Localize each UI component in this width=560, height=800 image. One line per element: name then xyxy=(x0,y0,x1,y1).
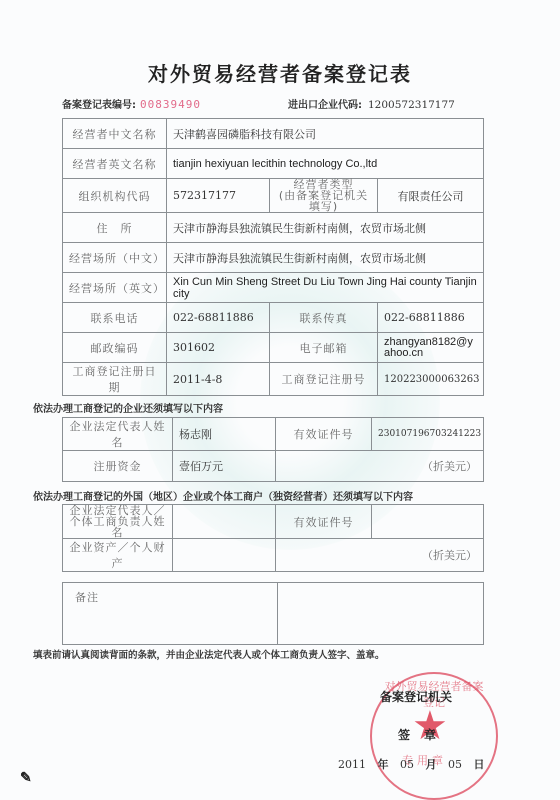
date-day: 05 xyxy=(448,758,462,771)
handwritten-mark-icon: ✎ xyxy=(20,770,32,786)
org-code-label: 组织机构代码 xyxy=(63,179,167,213)
table-row: 邮政编码 301602 电子邮箱 zhangyan8182@yahoo.cn xyxy=(63,333,484,363)
table-row: 企业资产／个人财产 （折美元） xyxy=(63,539,484,572)
foreign-id-value xyxy=(372,505,484,539)
document-title: 对外贸易经营者备案登记表 xyxy=(0,58,560,87)
enterprise-table: 企业法定代表人姓名 杨志刚 有效证件号 230107196703241223 注… xyxy=(62,417,484,482)
foreign-rep-value xyxy=(173,505,276,539)
table-row: 注册资金 壹佰万元 （折美元） xyxy=(63,451,484,482)
remarks-label: 备注 xyxy=(63,583,278,645)
org-code-value: 572317177 xyxy=(167,179,270,213)
table-row: 经营者中文名称 天津鹤喜园磷脂科技有限公司 xyxy=(63,119,484,149)
serial-value: 00839490 xyxy=(140,98,201,111)
foreign-section-heading: 依法办理工商登记的外国（地区）企业或个体工商户（独资经营者）还须填写以下内容 xyxy=(33,488,413,503)
serial-number: 备案登记表编号:00839490 xyxy=(62,96,201,111)
email-label: 电子邮箱 xyxy=(270,333,378,363)
assets-usd: （折美元） xyxy=(276,539,484,572)
capital-label: 注册资金 xyxy=(63,451,173,482)
premises-cn-value: 天津市静海县独流镇民生街新村南侧，农贸市场北侧 xyxy=(167,243,484,273)
table-row: 经营者英文名称 tianjin hexiyuan lecithin techno… xyxy=(63,149,484,179)
phone-label: 联系电话 xyxy=(63,303,167,333)
fax-label: 联系传真 xyxy=(270,303,378,333)
reg-no-value: 120223000063263 xyxy=(378,363,484,396)
en-name-value: tianjin hexiyuan lecithin technology Co.… xyxy=(167,149,484,179)
id-number-label: 有效证件号 xyxy=(276,418,372,451)
cn-name-value: 天津鹤喜园磷脂科技有限公司 xyxy=(167,119,484,149)
table-row: 住 所 天津市静海县独流镇民生街新村南侧，农贸市场北侧 xyxy=(63,213,484,243)
date-month-unit: 月 xyxy=(426,758,437,771)
reg-date-label: 工商登记注册日期 xyxy=(63,363,167,396)
import-export-code-label: 进出口企业代码: xyxy=(288,100,362,111)
remarks-table: 备注 xyxy=(62,582,484,645)
table-row: 经营场所（中文） 天津市静海县独流镇民生街新村南侧，农贸市场北侧 xyxy=(63,243,484,273)
phone-value: 022-68811886 xyxy=(167,303,270,333)
cn-name-label: 经营者中文名称 xyxy=(63,119,167,149)
date-year-unit: 年 xyxy=(378,758,389,771)
postcode-value: 301602 xyxy=(167,333,270,363)
table-row: 组织机构代码 572317177 经营者类型 (由备案登记机关填写) 有限责任公… xyxy=(63,179,484,213)
operator-type-sublabel: (由备案登记机关填写) xyxy=(276,190,371,212)
signature-stamp-label: 签章 xyxy=(398,726,450,743)
table-row: 工商登记注册日期 2011-4-8 工商登记注册号 12022300006326… xyxy=(63,363,484,396)
assets-value xyxy=(173,539,276,572)
table-row: 经营场所（英文） Xin Cun Min Sheng Street Du Liu… xyxy=(63,273,484,303)
reg-no-label: 工商登记注册号 xyxy=(270,363,378,396)
foreign-id-label: 有效证件号 xyxy=(276,505,372,539)
en-name-label: 经营者英文名称 xyxy=(63,149,167,179)
date-year: 2011 xyxy=(338,758,366,771)
issue-date: 2011 年 05 月 05 日 xyxy=(338,756,493,772)
residence-value: 天津市静海县独流镇民生街新村南侧，农贸市场北侧 xyxy=(167,213,484,243)
table-row: 联系电话 022-68811886 联系传真 022-68811886 xyxy=(63,303,484,333)
registration-authority: 备案登记机关 xyxy=(380,688,452,705)
premises-en-label: 经营场所（英文） xyxy=(63,273,167,303)
fax-value: 022-68811886 xyxy=(378,303,484,333)
premises-cn-label: 经营场所（中文） xyxy=(63,243,167,273)
email-value: zhangyan8182@yahoo.cn xyxy=(378,333,484,363)
remarks-value xyxy=(278,583,484,645)
reg-date-value: 2011-4-8 xyxy=(167,363,270,396)
date-month: 05 xyxy=(400,758,414,771)
foreign-rep-label: 企业法定代表人／ 个体工商负责人姓名 xyxy=(63,505,173,539)
operator-type-value: 有限责任公司 xyxy=(378,179,484,213)
foreign-table: 企业法定代表人／ 个体工商负责人姓名 有效证件号 企业资产／个人财产 （折美元） xyxy=(62,504,484,572)
import-export-code: 进出口企业代码:1200572317177 xyxy=(288,96,455,111)
capital-value: 壹佰万元 xyxy=(173,451,276,482)
table-row: 企业法定代表人／ 个体工商负责人姓名 有效证件号 xyxy=(63,505,484,539)
main-info-table: 经营者中文名称 天津鹤喜园磷脂科技有限公司 经营者英文名称 tianjin he… xyxy=(62,118,484,396)
serial-label: 备案登记表编号: xyxy=(62,100,136,111)
date-day-unit: 日 xyxy=(474,758,485,771)
postcode-label: 邮政编码 xyxy=(63,333,167,363)
residence-label: 住 所 xyxy=(63,213,167,243)
legal-rep-value: 杨志刚 xyxy=(173,418,276,451)
legal-rep-label: 企业法定代表人姓名 xyxy=(63,418,173,451)
id-number-value: 230107196703241223 xyxy=(372,418,484,451)
table-row: 备注 xyxy=(63,583,484,645)
footer-note: 填表前请认真阅读背面的条款，并由企业法定代表人或个体工商负责人签字、盖章。 xyxy=(33,647,385,661)
import-export-code-value: 1200572317177 xyxy=(368,99,455,111)
table-row: 企业法定代表人姓名 杨志刚 有效证件号 230107196703241223 xyxy=(63,418,484,451)
enterprise-section-heading: 依法办理工商登记的企业还须填写以下内容 xyxy=(33,400,223,415)
foreign-rep-label-line2: 个体工商负责人姓名 xyxy=(69,516,166,538)
operator-type-label: 经营者类型 (由备案登记机关填写) xyxy=(270,179,378,213)
capital-usd: （折美元） xyxy=(276,451,484,482)
assets-label: 企业资产／个人财产 xyxy=(63,539,173,572)
premises-en-value: Xin Cun Min Sheng Street Du Liu Town Jin… xyxy=(167,273,484,303)
